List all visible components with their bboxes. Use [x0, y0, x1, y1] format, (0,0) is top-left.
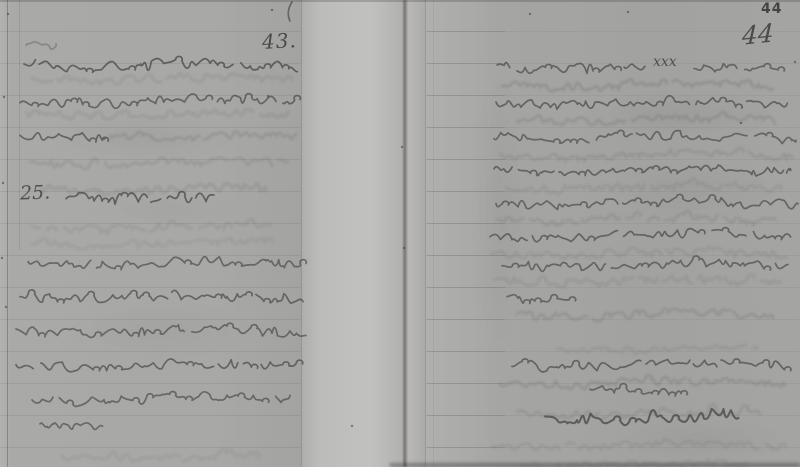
ruled-lines-left-page	[0, 0, 301, 467]
left-margin-line-2	[19, 0, 20, 250]
page-number-43: 43.	[261, 28, 297, 54]
folio-number-44-corner: 44	[761, 1, 782, 17]
ruled-lines-right-margin	[427, 0, 505, 467]
page-number-44: 44	[742, 18, 775, 51]
bottom-edge-shadow	[390, 463, 800, 467]
left-margin-line	[7, 0, 8, 467]
right-page-fold-line	[433, 0, 434, 467]
binding-crease-line	[402, 0, 408, 467]
manuscript-scan-spread: 43. 44 44 இந்து கிளேமையுடன் கேகிறிஅவலாழு…	[0, 0, 800, 467]
inline-xxx-mark: xxx	[653, 54, 677, 70]
section-number-text: 25.	[20, 181, 51, 204]
